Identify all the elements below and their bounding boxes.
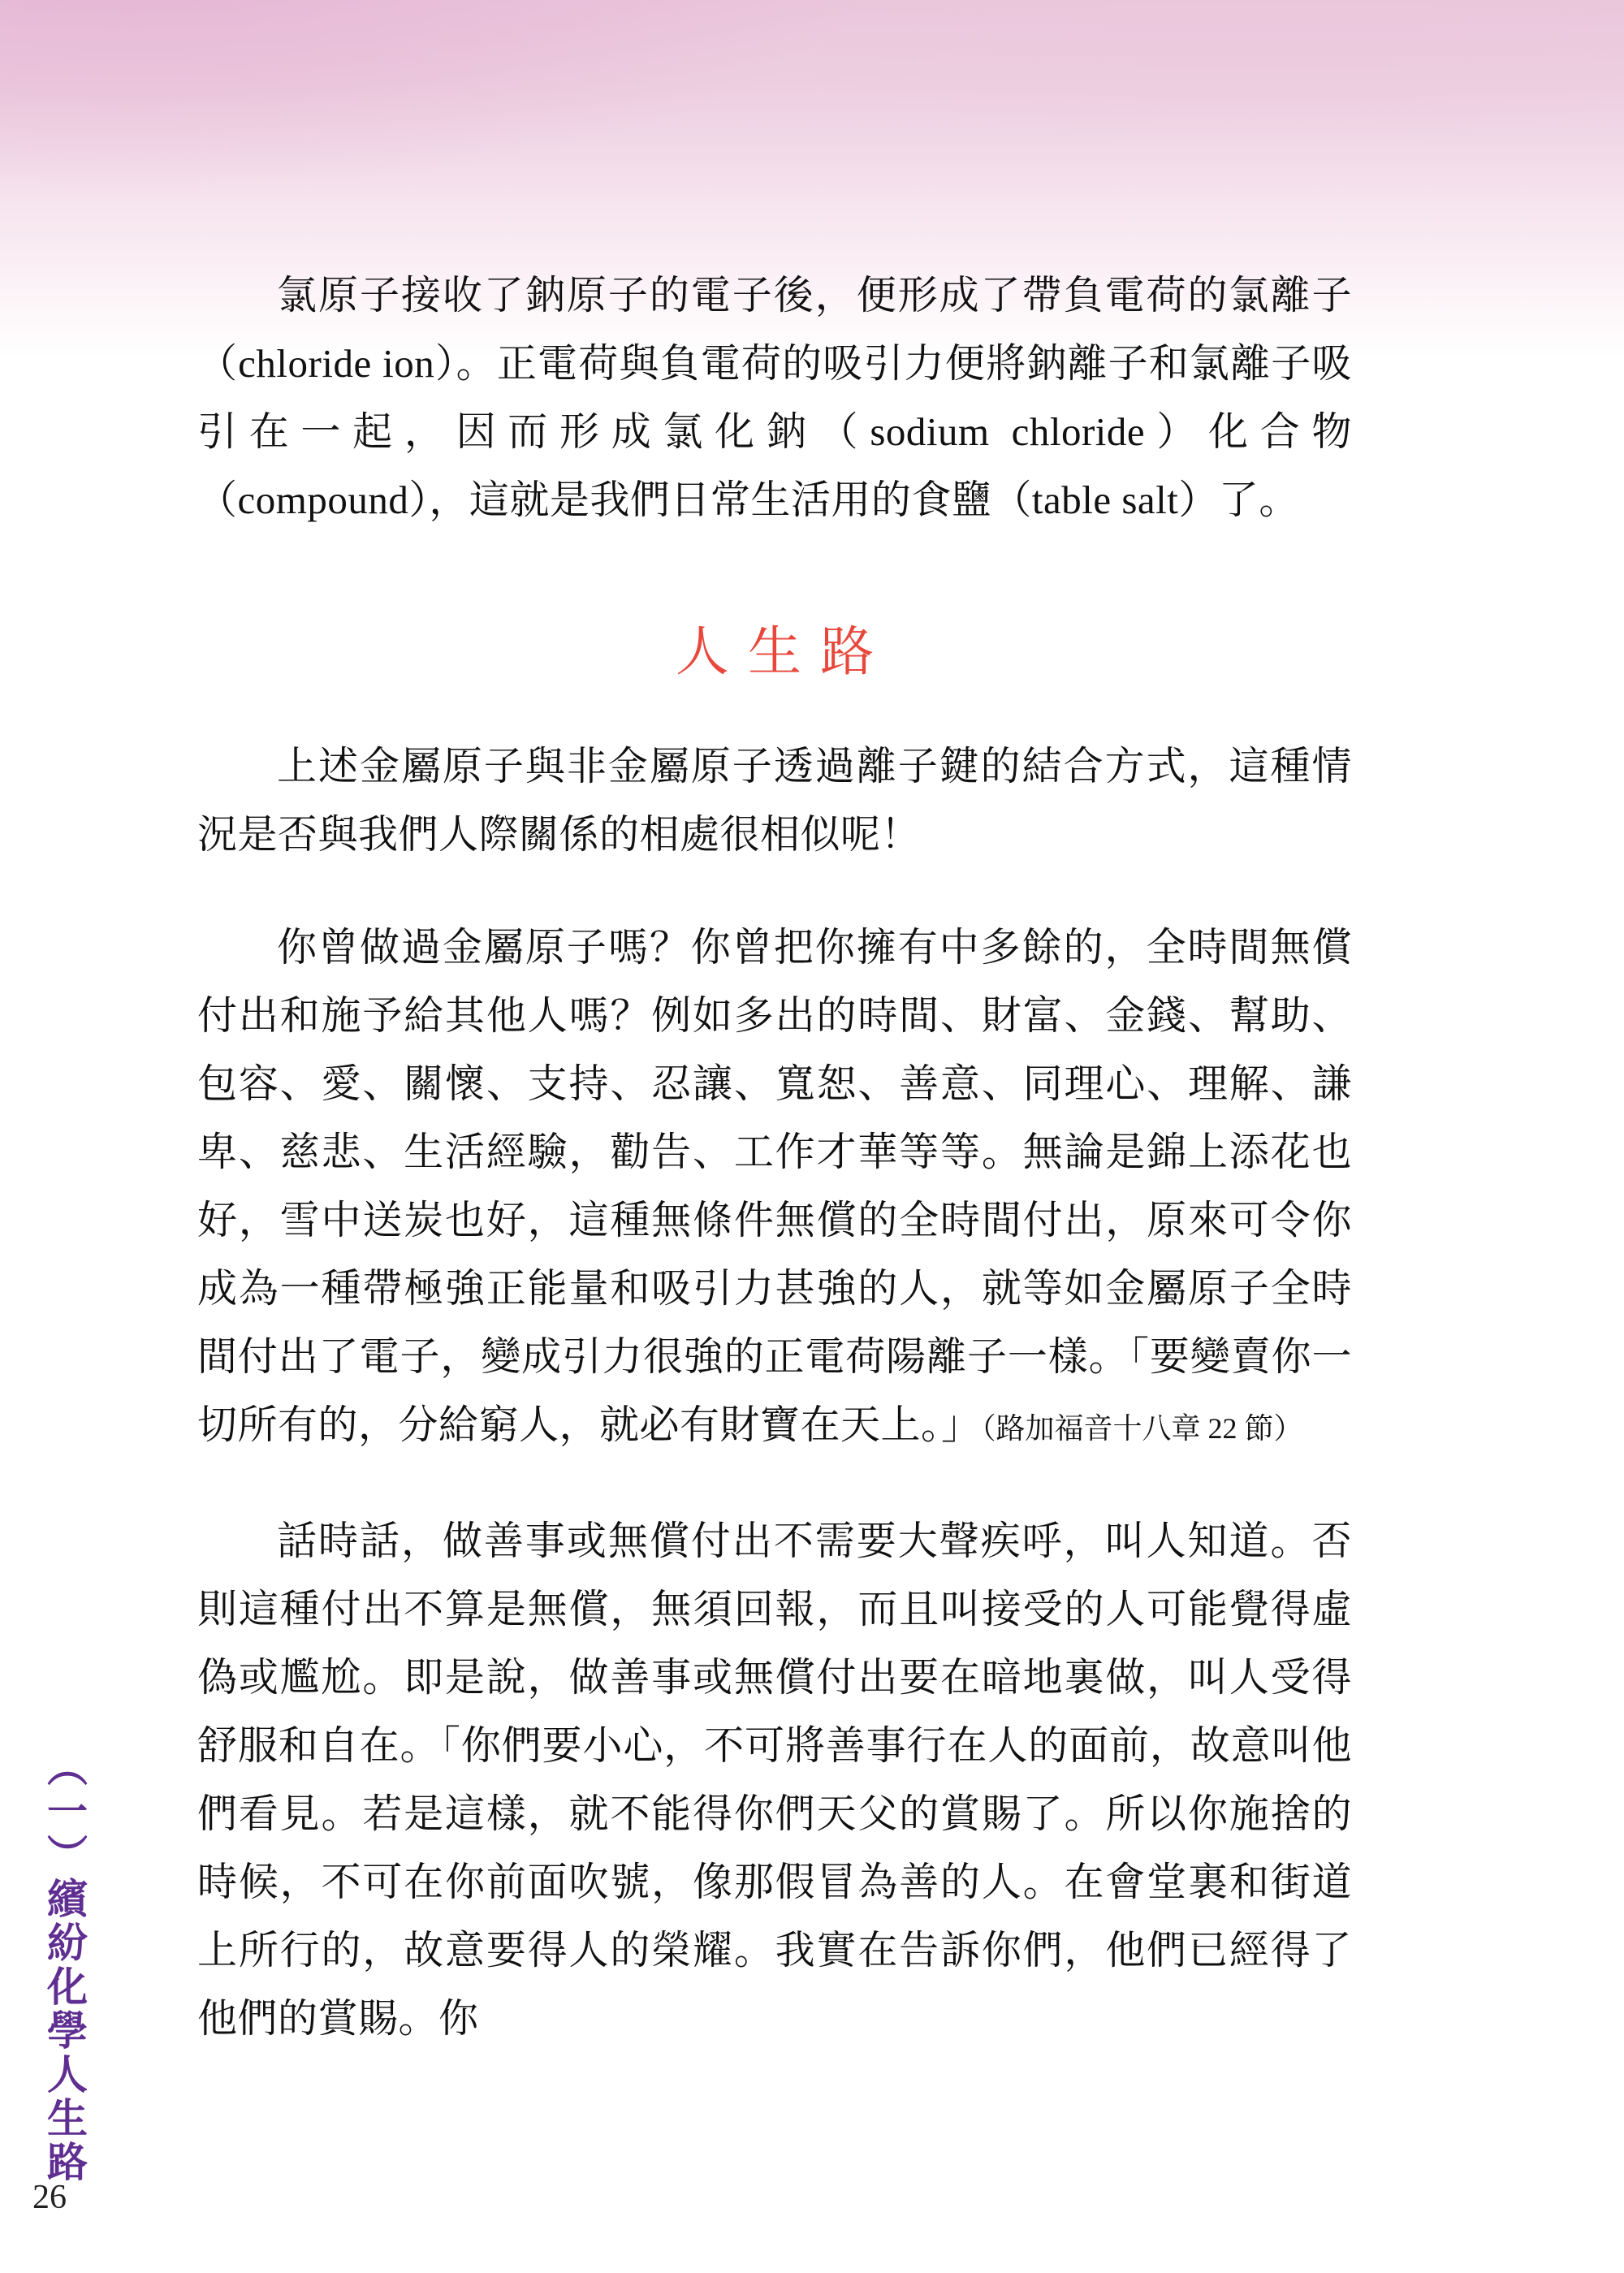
page-number: 26 <box>32 2178 67 2217</box>
paragraph-charity-in-secret: 話時話，做善事或無償付出不需要大聲疾呼，叫人知道。否則這種付出不算是無償，無須回… <box>197 1507 1352 2053</box>
book-page: 氯原子接收了鈉原子的電子後，便形成了帶負電荷的氯離子（chloride ion）… <box>0 0 1624 2273</box>
paragraph-giving-text: 你曾做過金屬原子嗎？你曾把你擁有中多餘的，全時間無償付出和施予給其他人嗎？例如多… <box>197 925 1352 1447</box>
paragraph-ionic-bond-analogy: 上述金屬原子與非金屬原子透過離子鍵的結合方式，這種情況是否與我們人際關係的相處很… <box>197 732 1352 869</box>
bible-citation: （路加福音十八章 22 節） <box>982 1412 1303 1445</box>
chapter-label-vertical: （一）繽紛化學人生路 <box>39 1746 89 2201</box>
paragraph-giving: 你曾做過金屬原子嗎？你曾把你擁有中多餘的，全時間無償付出和施予給其他人嗎？例如多… <box>197 914 1352 1463</box>
page-content: 氯原子接收了鈉原子的電子後，便形成了帶負電荷的氯離子（chloride ion）… <box>197 261 1352 2053</box>
section-heading-life-path: 人生路 <box>197 619 1352 687</box>
paragraph-sodium-chloride: 氯原子接收了鈉原子的電子後，便形成了帶負電荷的氯離子（chloride ion）… <box>197 261 1352 534</box>
